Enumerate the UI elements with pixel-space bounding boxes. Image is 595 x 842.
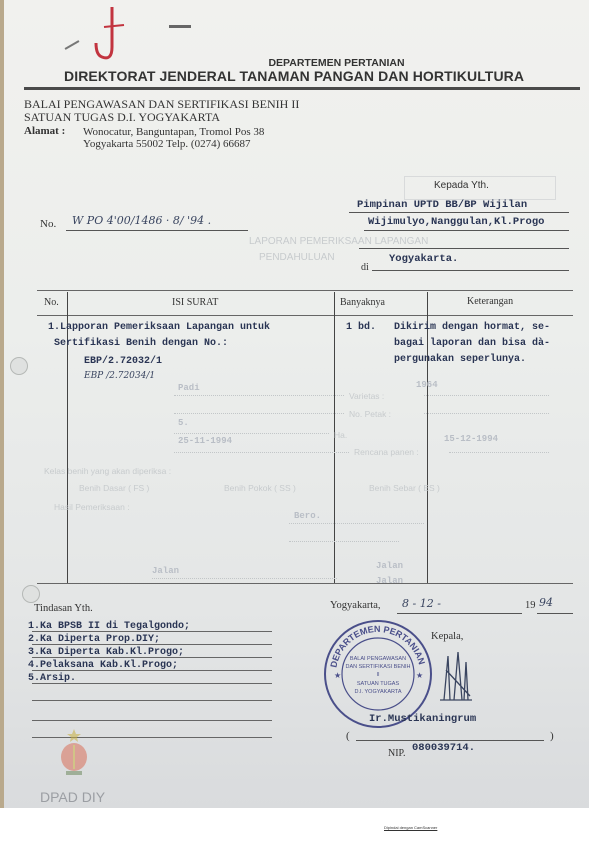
table-row-keterangan-line-3: pergunakan seperlunya. — [394, 354, 526, 365]
punch-hole — [22, 585, 40, 603]
address-line-1: Wonocatur, Banguntapan, Tromol Pos 38 — [83, 126, 264, 138]
table-row-isi-handwritten: EBP /2.72034/1 — [84, 371, 155, 381]
signature-date: 8 - 12 - — [402, 597, 441, 610]
recipient-line-2: Wijimulyo,Nanggulan,Kl.Progo — [368, 216, 544, 228]
pencil-mark — [65, 40, 80, 50]
scanner-footer: Dipindai dengan CamScanner — [384, 825, 437, 830]
handwritten-signature-icon — [436, 650, 476, 705]
table-row-keterangan-line-1: Dikirim dengan hormat, se- — [394, 322, 550, 333]
signature-paren-close: ) — [550, 730, 554, 742]
directorate-name: DIREKTORAT JENDERAL TANAMAN PANGAN DAN H… — [64, 68, 524, 84]
table-row-keterangan-line-2: bagai laporan dan bisa dà- — [394, 338, 550, 349]
nip-label: NIP. — [388, 748, 406, 759]
cc-list: 1.Ka BPSB II di Tegalgondo; 2.Ka Diperta… — [28, 620, 190, 685]
recipient-location: Yogyakarta. — [389, 253, 458, 265]
bleed-through-title: LAPORAN PEMERIKSAAN LAPANGAN — [249, 236, 428, 247]
watermark-text: DPAD DIY — [40, 789, 105, 805]
location-prefix: di — [361, 262, 369, 273]
bleed-through-subtitle: PENDAHULUAN — [259, 252, 335, 263]
table-row-banyaknya: 1 bd. — [346, 322, 376, 333]
address-label: Alamat : — [24, 125, 65, 137]
document-page: DEPARTEMEN PERTANIAN DIREKTORAT JENDERAL… — [0, 0, 589, 808]
signature-title: Kepala, — [431, 631, 463, 642]
table-row-isi-line-2: Sertifikasi Benih dengan No.: — [54, 338, 228, 349]
address-line-2: Yogyakarta 55002 Telp. (0274) 66687 — [83, 138, 250, 150]
letter-number-value: W PO 4'00/1486 · 8/ '94 . — [72, 214, 211, 227]
header-rule — [24, 87, 580, 90]
svg-text:SATUAN TUGAS: SATUAN TUGAS — [357, 681, 400, 687]
signature-year-prefix: 19 — [525, 600, 536, 611]
signature-paren-open: ( — [346, 730, 350, 742]
recipient-line-1: Pimpinan UPTD BB/BP Wijilan — [357, 199, 527, 211]
table-header-keterangan: Keterangan — [467, 296, 513, 307]
red-pen-mark-icon — [84, 5, 134, 65]
pencil-mark — [169, 25, 191, 28]
svg-text:DAN SERTIFIKASI BENIH: DAN SERTIFIKASI BENIH — [346, 664, 411, 670]
table-row-isi-line-3: EBP/2.72032/1 — [84, 356, 162, 367]
signatory-name: Ir.Mustikaningrum — [369, 713, 476, 725]
office-unit: SATUAN TUGAS D.I. YOGYAKARTA — [24, 110, 220, 125]
signature-place: Yogyakarta, — [330, 600, 381, 611]
table-header-isi-surat: ISI SURAT — [172, 297, 218, 308]
punch-hole — [10, 357, 28, 375]
cc-label: Tindasan Yth. — [34, 603, 93, 614]
svg-text:★: ★ — [416, 671, 423, 680]
svg-text:★: ★ — [334, 671, 341, 680]
table-header-banyaknya: Banyaknya — [340, 297, 385, 308]
letter-number-label: No. — [40, 218, 56, 230]
coat-of-arms-icon — [54, 727, 94, 777]
table-header-no: No. — [44, 297, 59, 308]
nip-value: 080039714. — [412, 742, 475, 754]
signature-year: 94 — [539, 596, 553, 609]
table-row-isi-line-1: 1.Lapporan Pemeriksaan Lapangan untuk — [48, 322, 270, 333]
svg-text:II: II — [376, 672, 380, 678]
svg-text:D.I. YOGYAKARTA: D.I. YOGYAKARTA — [355, 689, 402, 695]
recipient-label: Kepada Yth. — [434, 180, 489, 191]
svg-text:BALAI PENGAWASAN: BALAI PENGAWASAN — [350, 656, 406, 662]
